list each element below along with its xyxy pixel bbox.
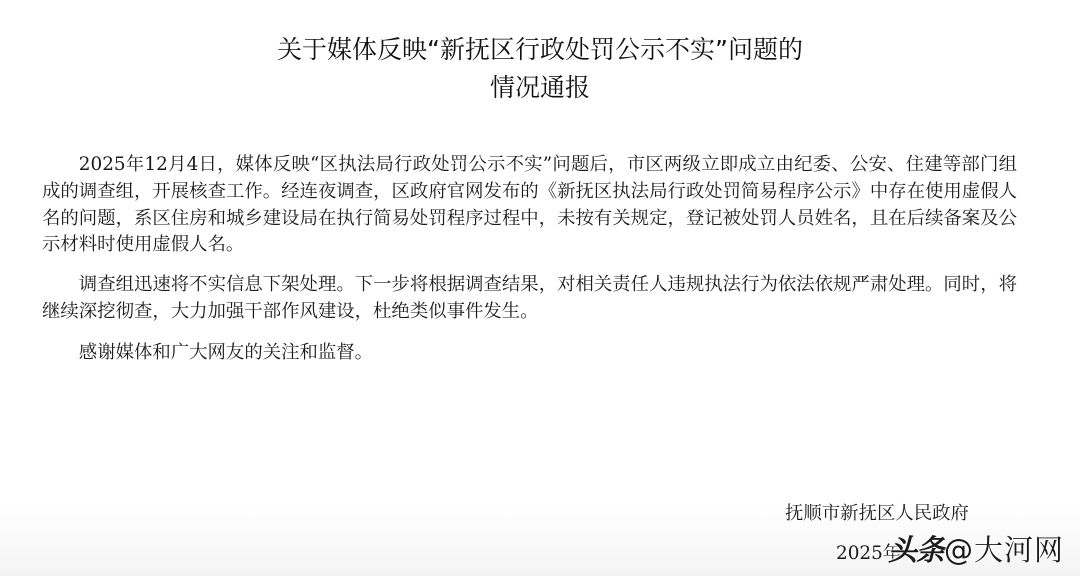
paragraph-follow-up: 调查组迅速将不实信息下架处理。下一步将根据调查结果，对相关责任人违规执法行为依法… xyxy=(42,272,1017,326)
watermark-brand: 头条 xyxy=(888,533,944,567)
paragraph-investigation: 2025年12月4日，媒体反映“区执法局行政处罚公示不实”问题后，市区两级立即成… xyxy=(42,152,1017,259)
notice-document: 关于媒体反映“新抚区行政处罚公示不实”问题的 情况通报 2025年12月4日，媒… xyxy=(0,0,1080,576)
watermark-account: @大河网 xyxy=(944,533,1064,567)
paragraph-thanks: 感谢媒体和广大网友的关注和监督。 xyxy=(42,340,1017,367)
source-watermark: 头条@大河网 xyxy=(888,528,1064,569)
issuer-signature: 抚顺市新抚区人民政府 xyxy=(785,499,969,525)
document-title-line-2: 情况通报 xyxy=(0,68,1080,104)
document-title-line-1: 关于媒体反映“新抚区行政处罚公示不实”问题的 xyxy=(0,30,1080,66)
